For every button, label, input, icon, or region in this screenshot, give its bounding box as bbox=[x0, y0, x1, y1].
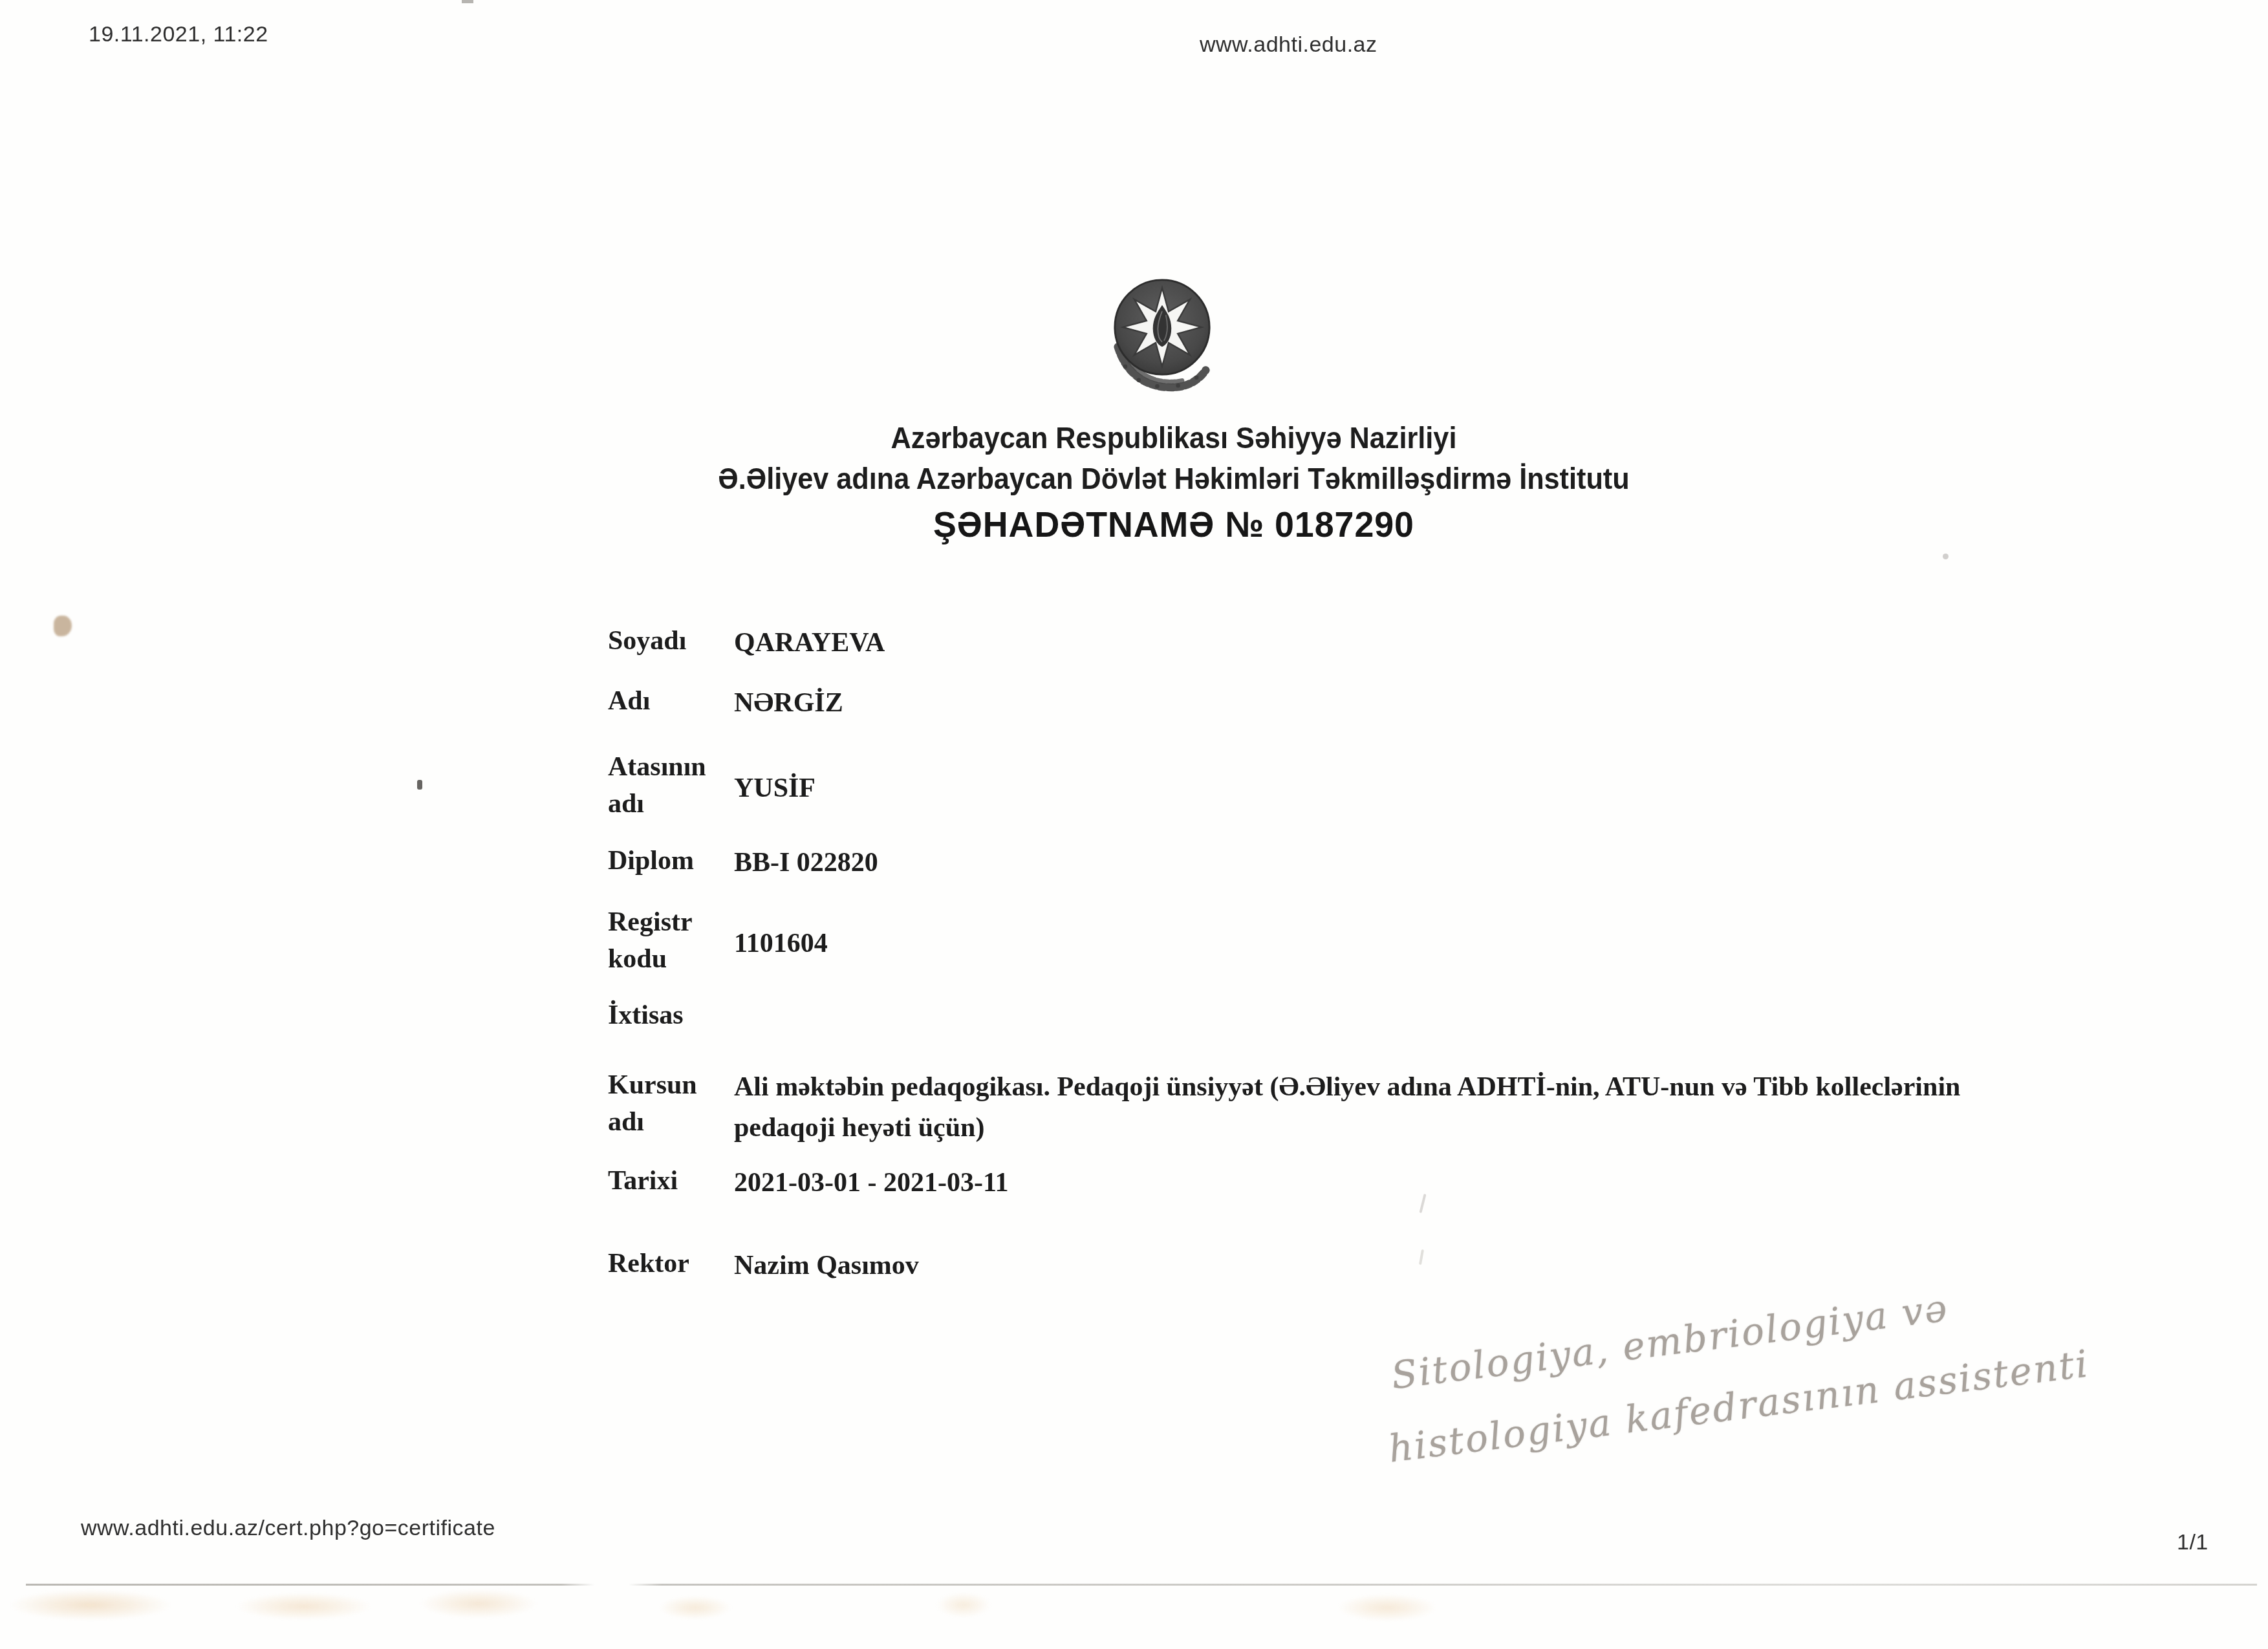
field-value: YUSİF bbox=[734, 768, 1992, 809]
field-value: Nazim Qasımov bbox=[734, 1245, 1992, 1286]
field-label: İxtisas bbox=[608, 997, 731, 1034]
field-value: BB-I 022820 bbox=[734, 843, 1992, 883]
field-label: Rektor bbox=[608, 1245, 731, 1282]
field-label: Diplom bbox=[608, 843, 731, 879]
field-label: Tarixi bbox=[608, 1163, 731, 1200]
institute-name: Ə.Əliyev adına Azərbaycan Dövlət Həkimlə… bbox=[657, 458, 1690, 499]
field-label: Kursun adı bbox=[608, 1067, 731, 1141]
print-timestamp: 19.11.2021, 11:22 bbox=[89, 22, 268, 47]
institution-title: Azərbaycan Respublikası Səhiyyə Nazirliy… bbox=[657, 418, 1690, 499]
field-value: 2021-03-01 - 2021-03-11 bbox=[734, 1163, 1992, 1203]
field-label: Adı bbox=[608, 683, 731, 720]
ink-speck bbox=[417, 780, 422, 790]
print-header-site: www.adhti.edu.az bbox=[1200, 32, 1377, 58]
paper-blemish bbox=[54, 616, 72, 636]
faint-speck bbox=[1943, 554, 1949, 559]
field-value: QARAYEVA bbox=[734, 623, 1992, 663]
field-value: NƏRGİZ bbox=[734, 683, 1992, 724]
field-value: Ali məktəbin pedaqogikası. Pedaqoji ünsi… bbox=[734, 1067, 1992, 1148]
print-footer-url: www.adhti.edu.az/cert.php?go=certificate bbox=[81, 1516, 495, 1541]
field-label: Atasının adı bbox=[608, 749, 731, 823]
ministry-name: Azərbaycan Respublikası Səhiyyə Nazirliy… bbox=[657, 418, 1690, 458]
scan-edge-tick bbox=[462, 0, 473, 3]
field-label: Registr kodu bbox=[608, 904, 731, 978]
azerbaijan-emblem-icon bbox=[1101, 274, 1224, 404]
field-label: Soyadı bbox=[608, 623, 731, 660]
field-value: 1101604 bbox=[734, 923, 1992, 964]
scanned-certificate-page: 19.11.2021, 11:22 www.adhti.edu.az bbox=[0, 0, 2268, 1649]
print-page-number: 1/1 bbox=[2177, 1530, 2209, 1555]
certificate-number-title: ŞƏHADƏTNAMƏ № 0187290 bbox=[646, 503, 1701, 545]
scanner-edge-shadow bbox=[0, 1586, 1487, 1631]
